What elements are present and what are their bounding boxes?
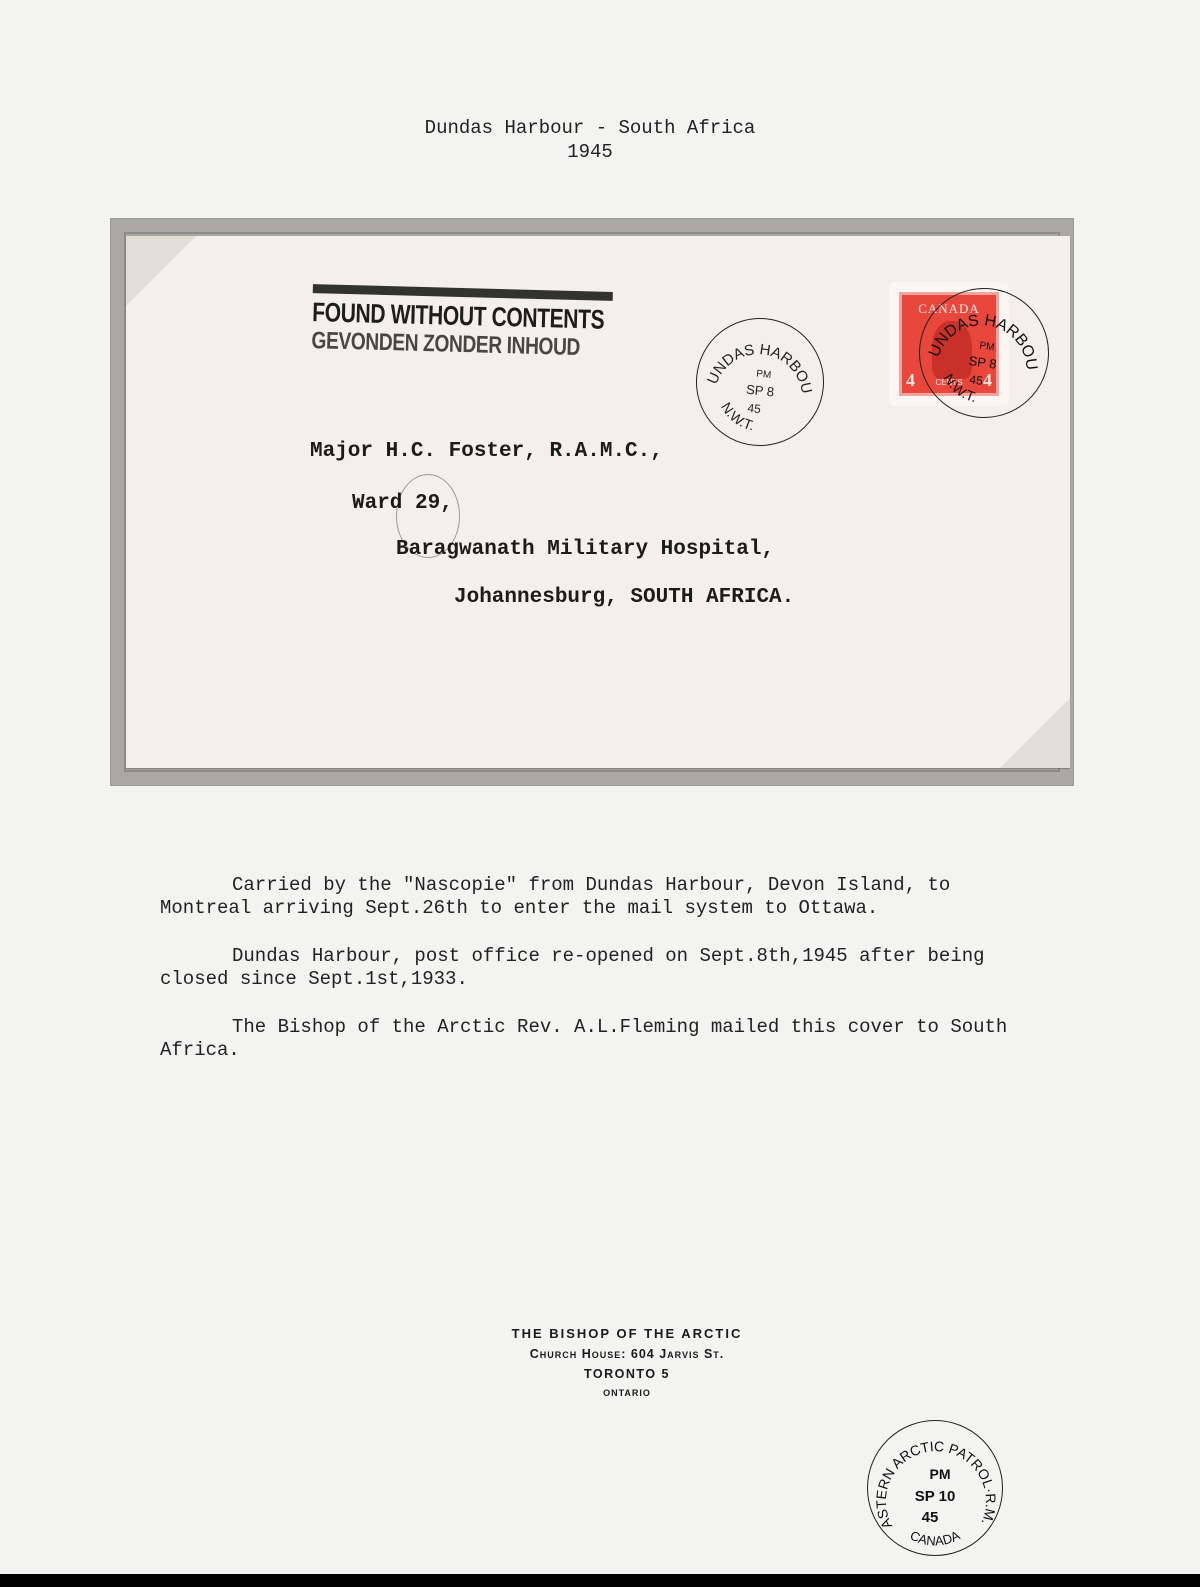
cancel-year: 45 bbox=[969, 372, 984, 388]
address-line-hospital: Baragwanath Military Hospital, bbox=[396, 538, 774, 562]
stamp-cancel-arc-text: DUNDAS HARBOUR N.W.T. PM SP 8 45 bbox=[912, 281, 1057, 426]
dundas-harbour-postmark: DUNDAS HARBOUR N.W.T. PM SP 8 45 bbox=[690, 312, 831, 453]
cancel-date: SP 8 bbox=[968, 353, 998, 372]
letterhead-title: THE BISHOP OF THE ARCTIC bbox=[0, 1324, 1200, 1344]
postmark-date: SP 8 bbox=[745, 382, 774, 400]
eap-postmark-date: SP 10 bbox=[915, 1488, 956, 1505]
postmark-year: 45 bbox=[747, 401, 762, 416]
title-route: Dundas Harbour - South Africa bbox=[0, 116, 1180, 140]
letterhead-street: Church House: 604 Jarvis St. bbox=[0, 1344, 1200, 1364]
mount-corner-top-left bbox=[126, 236, 196, 306]
envelope-cover: FOUND WITHOUT CONTENTS GEVONDEN ZONDER I… bbox=[126, 236, 1070, 768]
postmark-arc-text: DUNDAS HARBOUR N.W.T. PM SP 8 45 bbox=[691, 313, 829, 451]
letterhead-city: TORONTO 5 bbox=[0, 1364, 1200, 1384]
eap-postmark-country: CANADA bbox=[908, 1527, 963, 1548]
found-without-contents-handstamp: FOUND WITHOUT CONTENTS GEVONDEN ZONDER I… bbox=[311, 284, 613, 363]
postmark-time: PM bbox=[756, 369, 772, 382]
svg-text:CANADA: CANADA bbox=[908, 1527, 963, 1548]
mount-corner-bottom-right bbox=[1000, 698, 1070, 768]
scan-bottom-edge bbox=[0, 1574, 1200, 1587]
note-paragraph: The Bishop of the Arctic Rev. A.L.Flemin… bbox=[160, 1016, 1020, 1062]
note-paragraph: Carried by the "Nascopie" from Dundas Ha… bbox=[160, 874, 1020, 920]
eap-postmark-time: PM bbox=[930, 1466, 951, 1482]
handstamp-afrikaans: GEVONDEN ZONDER INHOUD bbox=[311, 327, 552, 361]
exhibit-notes: Carried by the "Nascopie" from Dundas Ha… bbox=[160, 874, 1020, 1087]
cancel-time: PM bbox=[979, 340, 995, 353]
address-line-name: Major H.C. Foster, R.A.M.C., bbox=[310, 440, 663, 464]
letterhead-province: ONTARIO bbox=[0, 1384, 1200, 1402]
address-line-city: Johannesburg, SOUTH AFRICA. bbox=[454, 586, 794, 610]
note-paragraph: Dundas Harbour, post office re-opened on… bbox=[160, 945, 1020, 991]
eap-postmark-year: 45 bbox=[922, 1509, 939, 1526]
stamp-cancel-postmark: DUNDAS HARBOUR N.W.T. PM SP 8 45 bbox=[911, 280, 1058, 427]
page-title: Dundas Harbour - South Africa 1945 bbox=[0, 116, 1180, 164]
address-line-ward: Ward 29, bbox=[352, 492, 453, 516]
eap-postmark-arc-text: EASTERN ARCTIC PATROL·R.M.S. CANADA PM S… bbox=[868, 1421, 1002, 1555]
bishop-letterhead: THE BISHOP OF THE ARCTIC Church House: 6… bbox=[0, 1324, 1200, 1402]
eastern-arctic-patrol-postmark: EASTERN ARCTIC PATROL·R.M.S. CANADA PM S… bbox=[867, 1420, 1003, 1556]
title-year: 1945 bbox=[0, 140, 1180, 164]
